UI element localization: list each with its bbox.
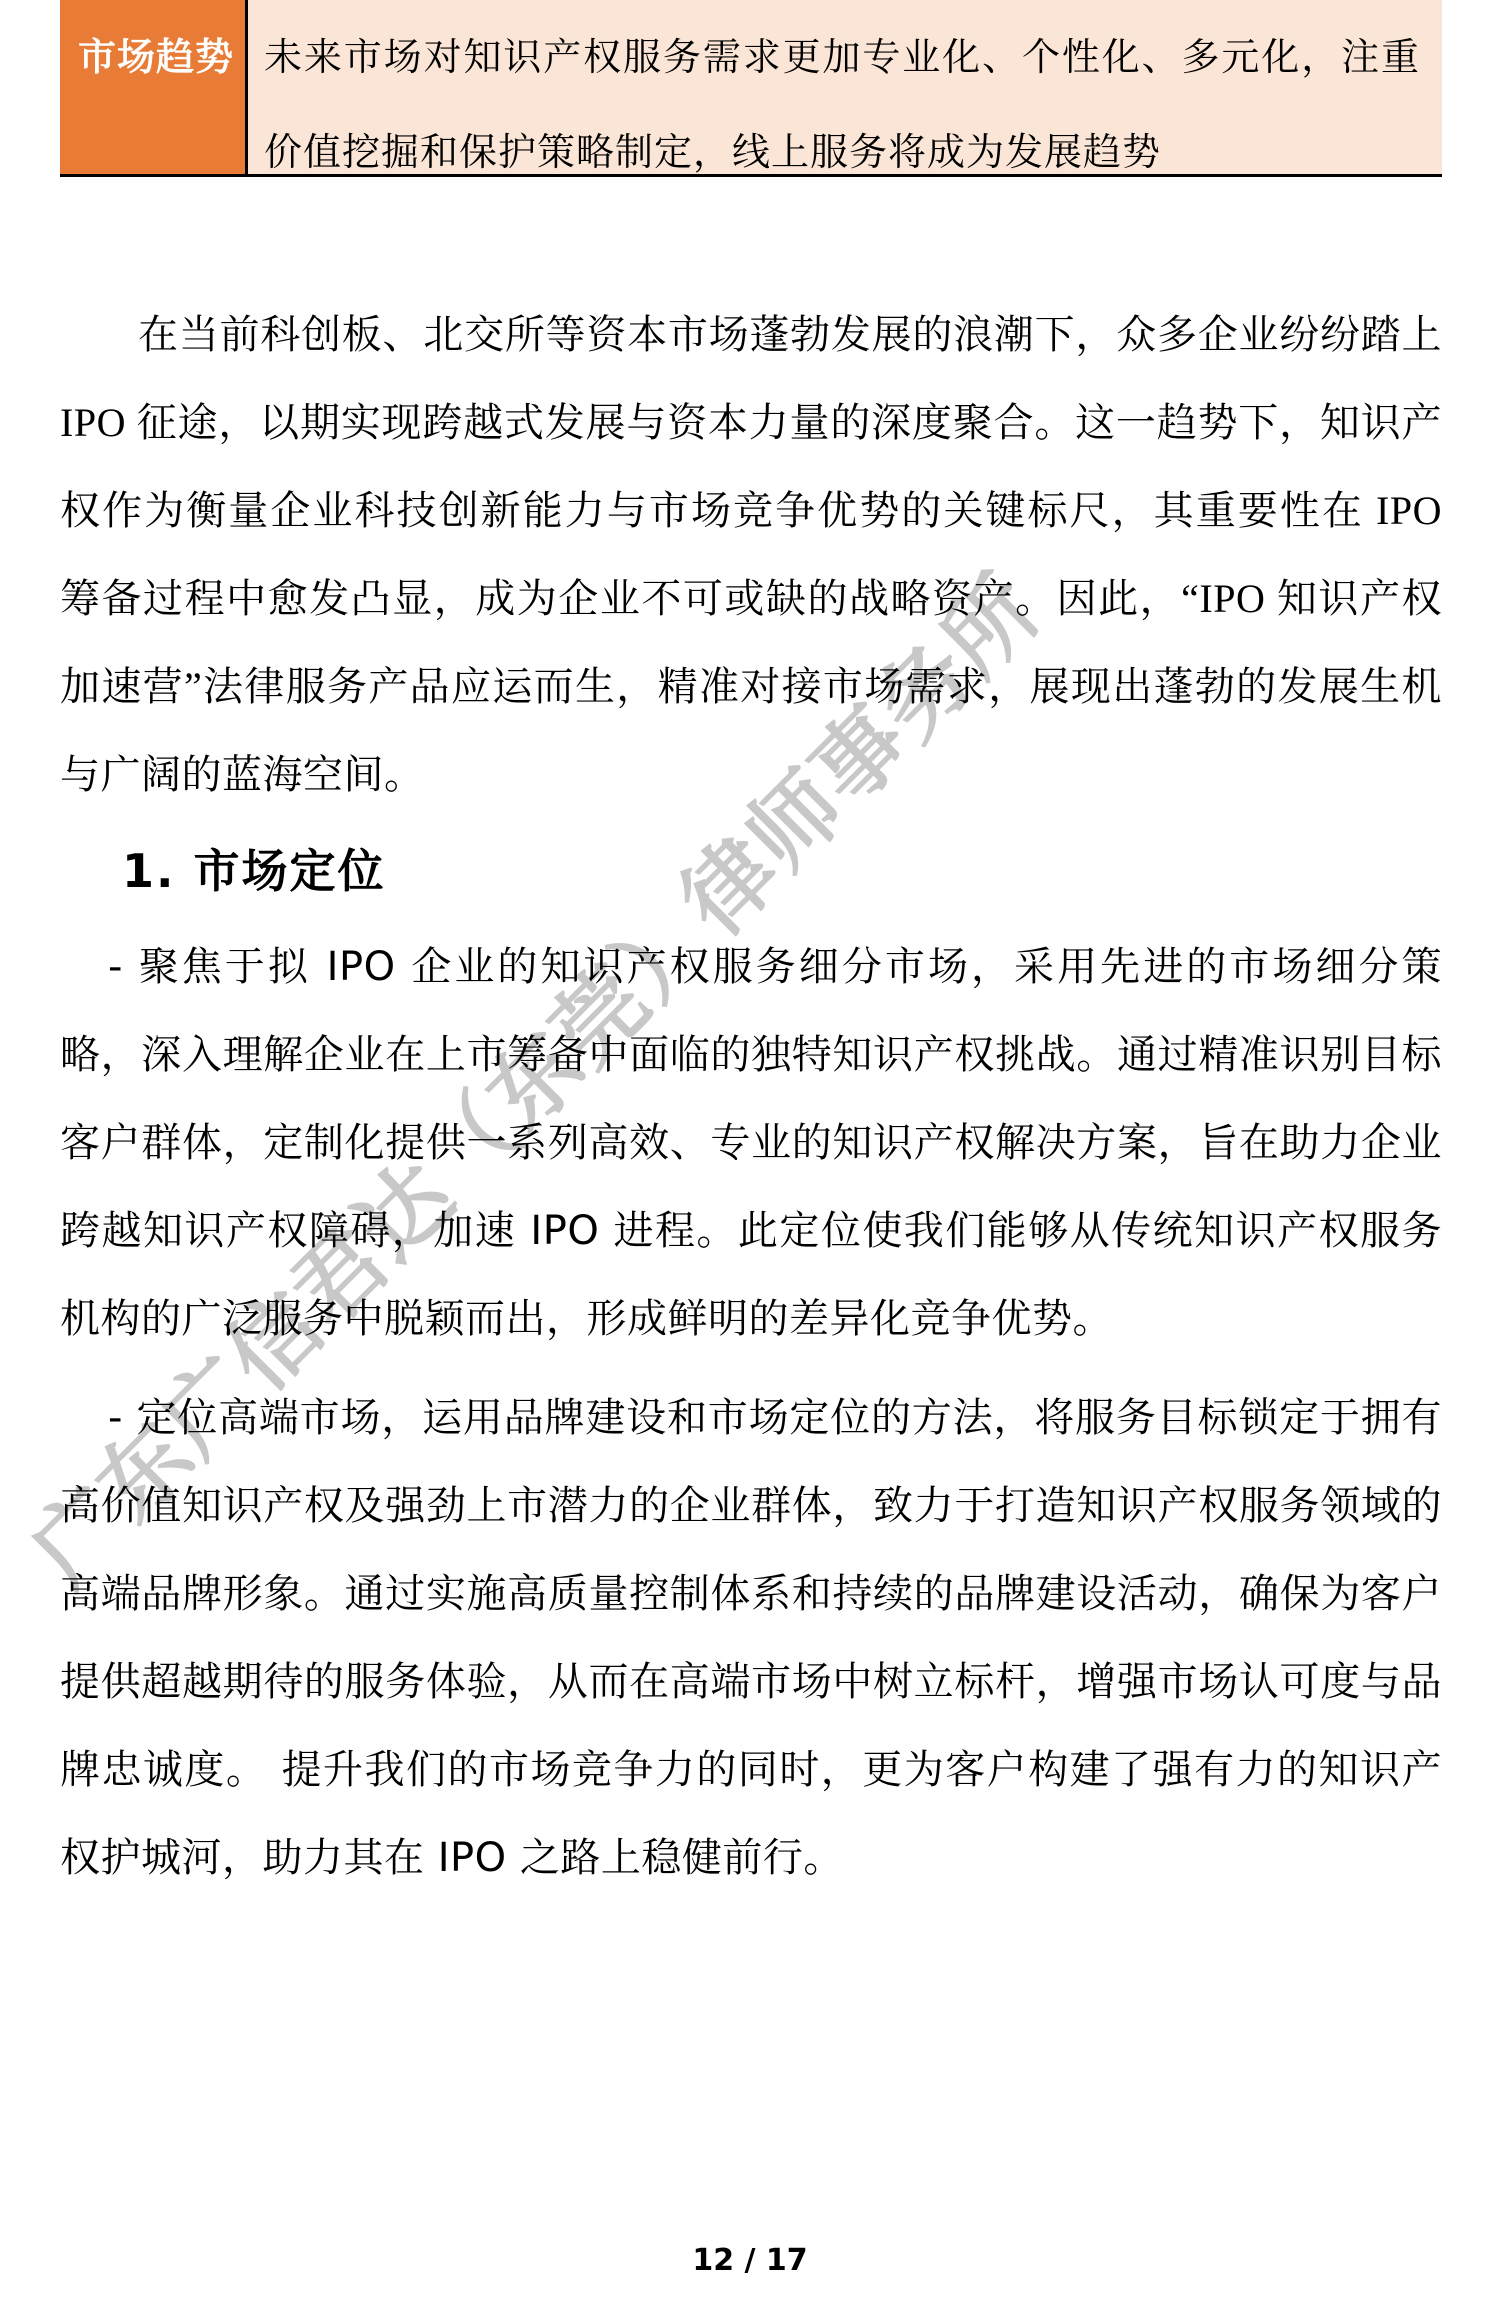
body-paragraph-highend-positioning: - 定位高端市场，运用品牌建设和市场定位的方法，将服务目标锁定于拥有高价值知识产…	[60, 1374, 1442, 1902]
page-number: 12 / 17	[0, 2243, 1500, 2278]
trend-table: 市场趋势 未来市场对知识产权服务需求更加专业化、个性化、多元化，注重价值挖掘和保…	[60, 0, 1442, 177]
document-page: 广东广信君达（东莞）律师事务所 市场趋势 未来市场对知识产权服务需求更加专业化、…	[0, 0, 1500, 2322]
body-paragraph-segment-focus: - 聚焦于拟 IPO 企业的知识产权服务细分市场，采用先进的市场细分策略，深入理…	[60, 923, 1442, 1363]
trend-table-content-cell: 未来市场对知识产权服务需求更加专业化、个性化、多元化，注重价值挖掘和保护策略制定…	[245, 0, 1442, 174]
section-heading-market-positioning: 1. 市场定位	[60, 841, 1442, 901]
trend-table-label-cell: 市场趋势	[60, 0, 245, 174]
body-paragraph-intro: 在当前科创板、北交所等资本市场蓬勃发展的浪潮下，众多企业纷纷踏上 IPO 征途，…	[60, 291, 1442, 819]
